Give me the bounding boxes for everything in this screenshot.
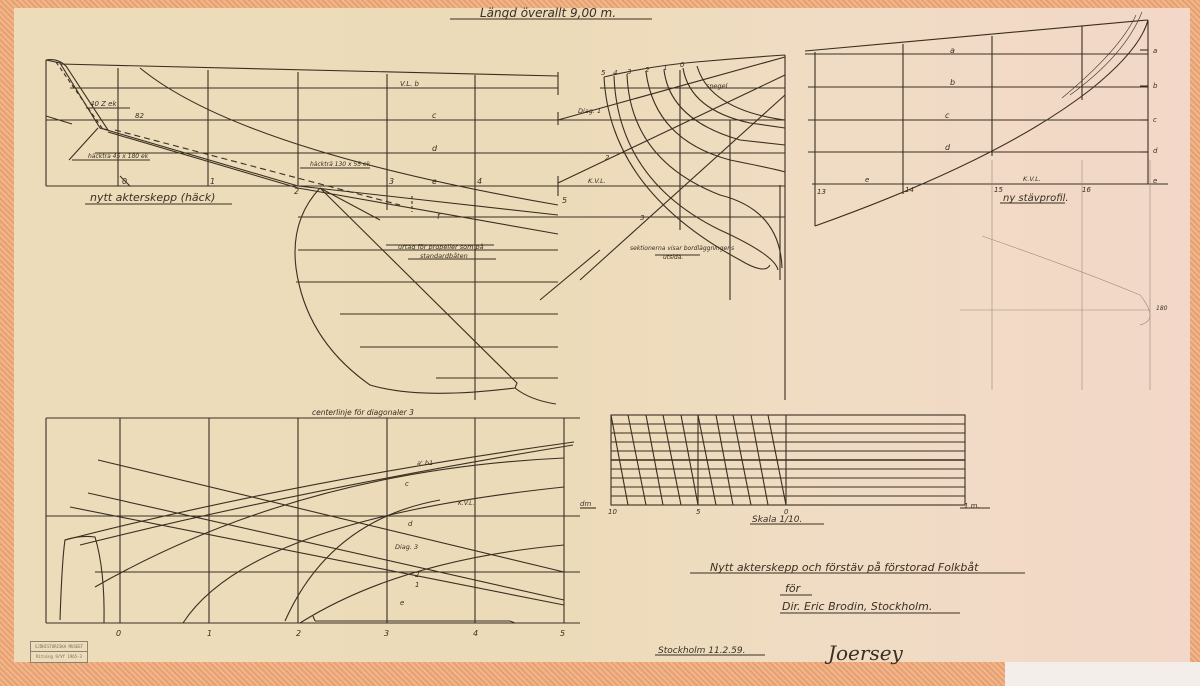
body-section-5: 5: [601, 69, 606, 77]
spegel-label: spegel: [706, 82, 728, 90]
diagonals-title: centerlinje för diagonaler 3: [312, 408, 414, 417]
diag-label-ab1: a' b1: [417, 459, 433, 467]
waterline-d-label: d: [432, 144, 438, 153]
bow-station-16: 16: [1082, 186, 1091, 194]
body-section-1: 1: [663, 64, 667, 72]
scale-unit-dm: dm: [580, 500, 591, 508]
diag-label-e: e: [400, 599, 404, 607]
body-section-0: 0: [680, 61, 685, 69]
note-82: 82: [135, 112, 144, 120]
stern-station-1: 1: [210, 177, 215, 186]
diag2-label: 2: [605, 154, 610, 162]
signature: Joersey: [824, 641, 904, 665]
stamp-line-1: SJÖHISTORISKA MUSEET: [31, 642, 87, 652]
diag-station-4: 4: [473, 629, 478, 638]
note-hacktra-130: häckträ 130 x 55 ek: [310, 161, 371, 168]
waterline-b-label: V.L. b: [400, 80, 420, 88]
diag1-label: Diag. 1: [578, 107, 601, 115]
note-40z: 40 Z ek: [90, 100, 117, 108]
client-name: Dir. Eric Brodin, Stockholm.: [782, 600, 932, 613]
bow-right-c: c: [1153, 116, 1157, 124]
stern-station-5: 5: [562, 196, 567, 205]
bow-wl-e: e: [865, 176, 869, 184]
stern-station-2: 2: [294, 187, 299, 196]
bow-caption: ny stävprofil.: [1003, 193, 1069, 204]
diag-station-2: 2: [296, 629, 301, 638]
body-kvl-label: K.V.L.: [588, 177, 606, 185]
waterline-e-label: e: [432, 177, 437, 186]
bow-right-d: d: [1153, 147, 1158, 155]
for-label: för: [785, 582, 802, 595]
waterline-c-label: c: [432, 111, 437, 120]
body-section-3: 3: [627, 68, 631, 76]
stern-station-4: 4: [477, 177, 482, 186]
angle-label: 180: [1156, 305, 1168, 312]
bow-right-b: b: [1153, 82, 1158, 90]
body-note-2: utsida.: [663, 254, 683, 261]
main-title: Nytt akterskepp och förstäv på förstorad…: [710, 561, 979, 574]
bow-profile: [805, 12, 1168, 226]
stamp-line-2: Ritning 9/Vf 1965-3: [36, 654, 82, 659]
body-section-2: 2: [645, 66, 650, 74]
stern-transom: [46, 60, 558, 234]
body-note-1: sektionerna visar bordläggningens: [630, 245, 734, 252]
bow-station-13: 13: [817, 188, 826, 196]
diag-label-2: 2: [415, 571, 420, 579]
scale-unit-m: 1 m.: [964, 502, 980, 510]
bow-wl-a: a: [950, 46, 955, 55]
diag-label-c: c: [405, 480, 409, 488]
note-hacktra-45: häckträ 45 x 180 ek: [88, 153, 149, 160]
scale-tick-10: 10: [608, 508, 617, 516]
bow-wl-d: d: [945, 143, 951, 152]
diag-label-kvl: K.V.L.: [458, 500, 475, 507]
diag-station-3: 3: [384, 629, 389, 638]
body-section-4: 4: [613, 69, 617, 77]
diagonal-curves: [60, 442, 574, 623]
diag-station-5: 5: [560, 629, 565, 638]
propeller-aperture: [295, 186, 558, 404]
place-date: Stockholm 11.2.59.: [658, 646, 745, 656]
museum-stamp: SJÖHISTORISKA MUSEET Ritning 9/Vf 1965-3: [30, 641, 88, 663]
scale-tick-5: 5: [696, 508, 701, 516]
stern-station-3: 3: [389, 177, 394, 186]
bow-station-14: 14: [905, 186, 914, 194]
bow-kvl-label: K.V.L.: [1023, 175, 1041, 183]
underlines: [85, 19, 1065, 655]
stern-profile-grid: [46, 60, 558, 196]
note-propeller-2: standardbåten: [420, 251, 468, 260]
bow-wl-b: b: [950, 78, 955, 87]
scale-caption: Skala 1/10.: [752, 515, 802, 525]
diag3-label: 3: [640, 214, 644, 222]
diag-station-0: 0: [116, 629, 121, 638]
diag-label-d: d: [408, 520, 413, 528]
body-plan: [540, 55, 785, 400]
stern-station-0: 0: [122, 177, 127, 186]
diag-station-1: 1: [207, 629, 212, 638]
overall-length-title: Längd överallt 9,00 m.: [480, 6, 616, 20]
note-propeller-1: urtag för propeller som på: [398, 242, 484, 251]
bow-right-a: a: [1153, 47, 1157, 55]
stern-caption: nytt akterskepp (häck): [90, 191, 215, 204]
ship-lines-drawing: Längd överallt 9,00 m. nytt akterskepp (…: [0, 0, 1200, 686]
bow-wl-c: c: [945, 111, 950, 120]
bow-right-e: e: [1153, 177, 1157, 185]
diag-label-1: 1: [415, 581, 419, 589]
diag-label-diag3: Diag. 3: [395, 543, 418, 551]
